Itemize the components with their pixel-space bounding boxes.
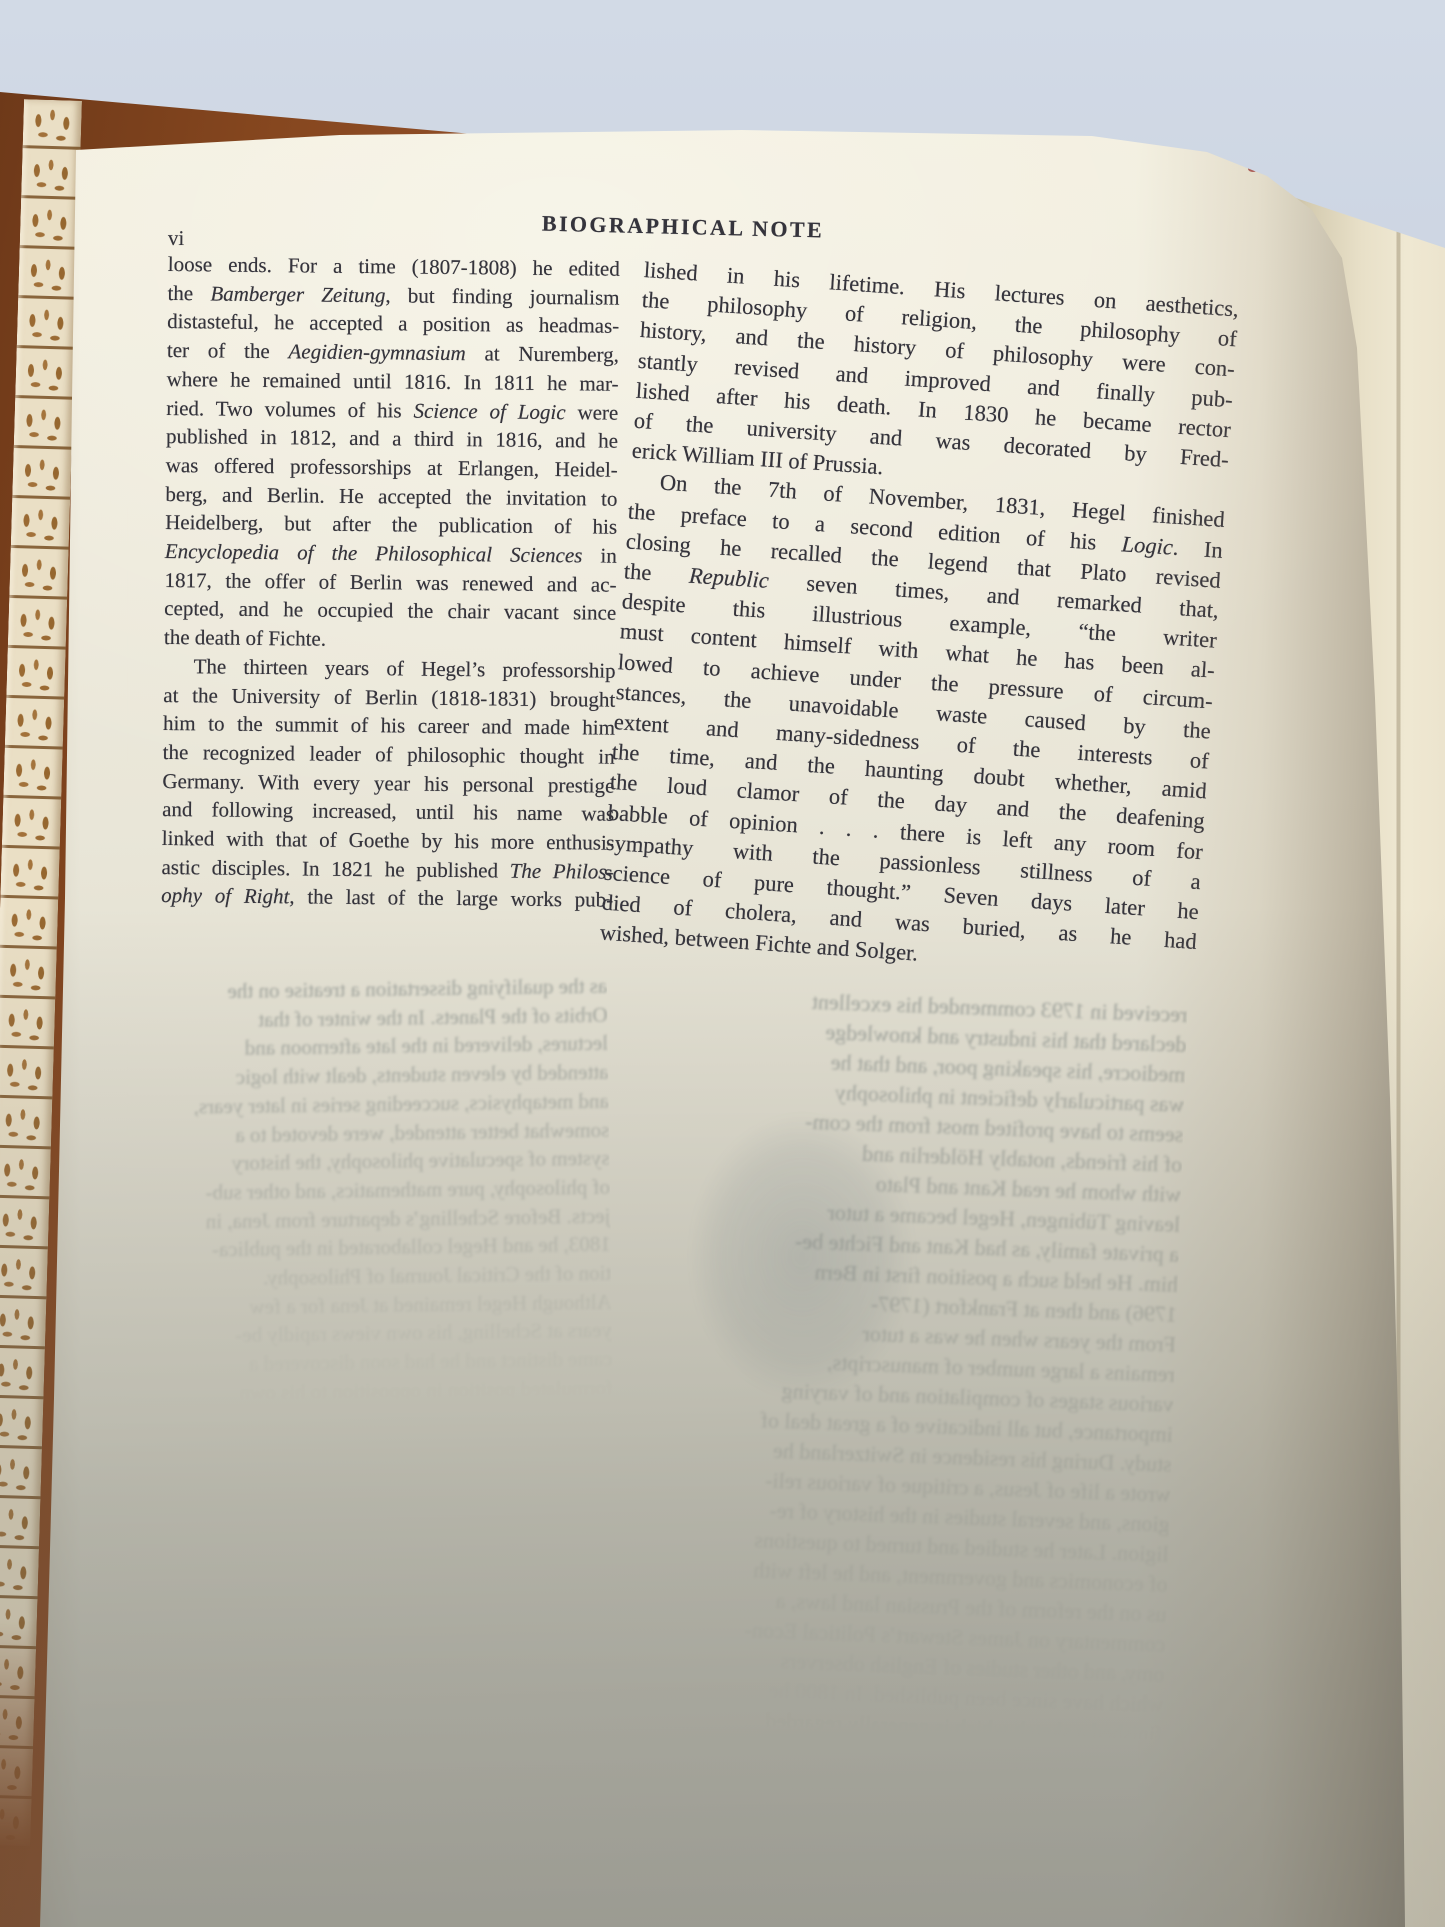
page-header: BIOGRAPHICAL NOTE xyxy=(458,209,909,246)
text-line: published in 1812, and a third in 1816, … xyxy=(166,422,618,455)
text-line: the recognized leader of philosophic tho… xyxy=(163,738,615,771)
text-line: Heidelberg, but after the publication of… xyxy=(165,508,617,541)
left-text-column: loose ends. For a time (1807-1808) he ed… xyxy=(161,250,620,915)
text-line: and following increased, until his name … xyxy=(162,795,614,828)
showthrough-text-left: as the qualifying dissertation a treatis… xyxy=(137,972,613,1409)
text-line: Encyclopedia of the Philosophical Scienc… xyxy=(165,537,617,570)
text-line: the Bamberger Zeitung, but finding journ… xyxy=(167,279,619,312)
book-page: as the qualifying dissertation a treatis… xyxy=(40,126,1410,1927)
text-line: him to the summit of his career and made… xyxy=(163,709,615,742)
page-number: vi xyxy=(168,226,185,251)
text-line: was offered professorships at Erlangen, … xyxy=(166,451,618,484)
text-line: astic disciples. In 1821 he published Th… xyxy=(161,853,613,886)
photo-open-book: as the qualifying dissertation a treatis… xyxy=(0,0,1445,1927)
right-text-column: lished in his lifetime. His lectures on … xyxy=(599,255,1240,988)
text-line: loose ends. For a time (1807-1808) he ed… xyxy=(168,250,620,283)
text-line: formulated position in opposition to his… xyxy=(143,1374,613,1409)
red-ink-speck xyxy=(1248,166,1258,172)
text-line: the death of Fichte. xyxy=(164,623,616,656)
text-line: ter of the Aegidien-gymnasium at Nurembe… xyxy=(167,336,619,369)
text-line: distasteful, he accepted a position as h… xyxy=(167,307,619,340)
text-line: ophy of Right, the last of the large wor… xyxy=(161,881,613,914)
text-line: cepted, and he occupied the chair vacant… xyxy=(164,594,616,627)
text-line: linked with that of Goethe by his more e… xyxy=(162,824,614,857)
showthrough-text-right: received in 1793 commended his excellent… xyxy=(602,980,1188,1749)
text-line: where he remained until 1816. In 1811 he… xyxy=(166,365,618,398)
text-line: 1817, the offer of Berlin was renewed an… xyxy=(164,566,616,599)
text-line: The thirteen years of Hegel’s professors… xyxy=(163,652,615,685)
